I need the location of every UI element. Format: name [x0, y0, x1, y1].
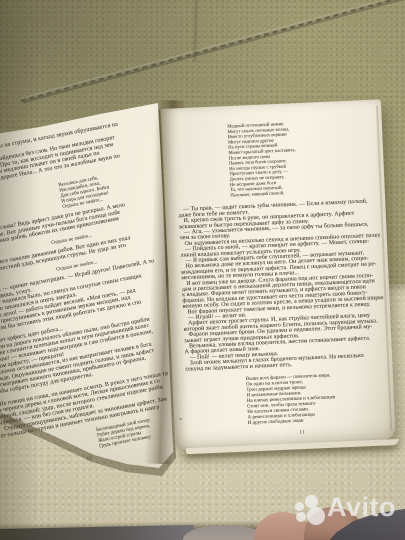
avito-dot-icon — [296, 512, 306, 522]
seam-stitches — [21, 0, 405, 102]
print-smudge — [179, 418, 182, 420]
sofa-seam — [20, 0, 405, 104]
right-verse: Выше всех фараон — повелитель мира,Он од… — [246, 370, 389, 426]
page-number-11: 11 — [299, 425, 389, 435]
avito-wordmark: Avito — [327, 492, 396, 523]
right-body-text: — Ты прав, — цедит сквозь зубы чиновник.… — [178, 198, 386, 372]
avito-dot-icon — [295, 502, 304, 511]
avito-dot-icon — [307, 507, 325, 525]
right-poem: Медный отточенный ножикМогут смыть песча… — [227, 118, 379, 199]
right-page-text: Медный отточенный ножикМогут смыть песча… — [175, 112, 390, 441]
avito-watermark: Avito — [295, 494, 405, 534]
photo-open-book: снова бросил пальцы на струны, и каскад … — [0, 0, 405, 540]
right-page: Медный отточенный ножикМогут смыть песча… — [161, 99, 396, 449]
